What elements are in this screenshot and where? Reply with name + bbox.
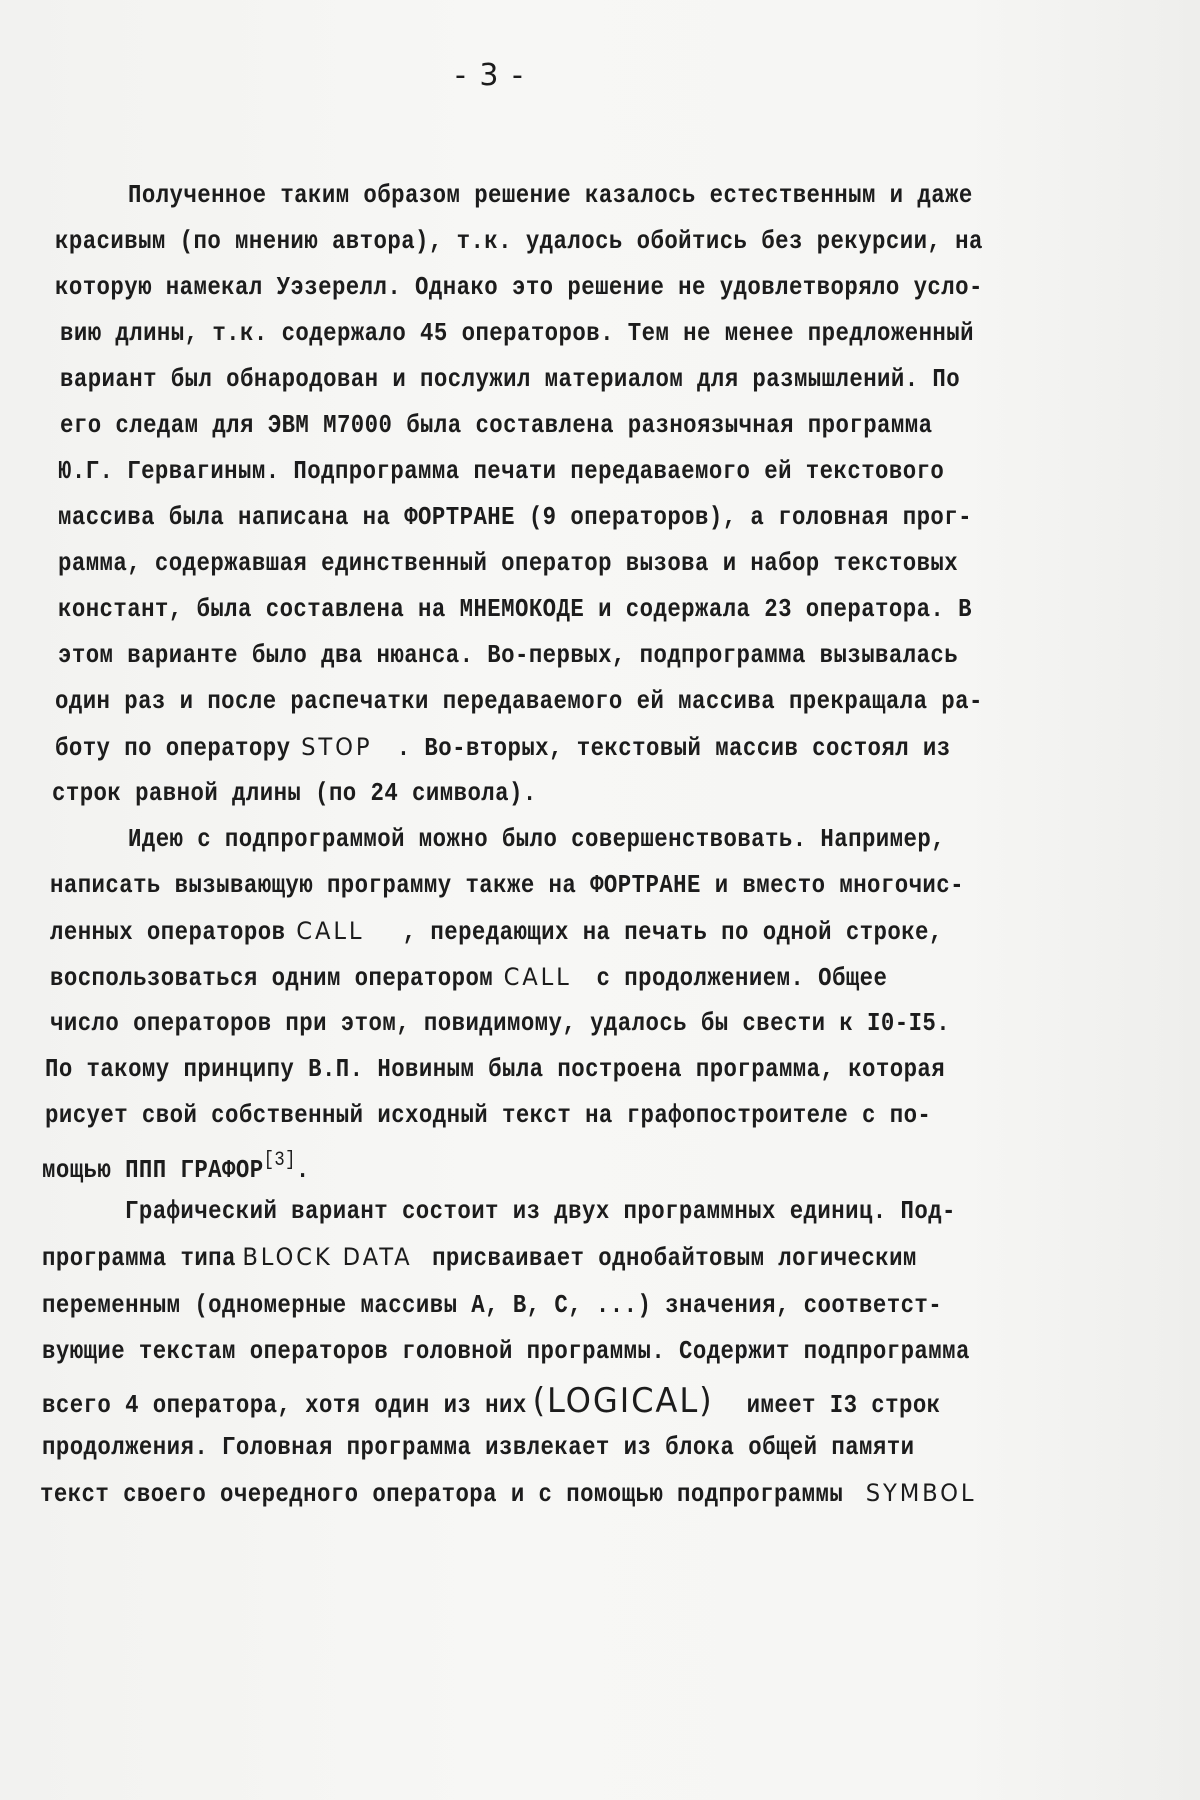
text-line: его следам для ЭВМ М7000 была составлена… xyxy=(60,410,932,440)
text-line: вариант был обнародован и послужил матер… xyxy=(60,364,960,394)
text-line: По такому принципу В.П. Новиным была пос… xyxy=(45,1054,945,1084)
text-line: Ю.Г. Гервагиным. Подпрограмма печати пер… xyxy=(58,456,944,486)
text-line: ленных операторов CALL , передающих на п… xyxy=(50,916,943,947)
text-line: Полученное таким образом решение казалос… xyxy=(128,180,973,210)
text-line: рамма, содержавшая единственный оператор… xyxy=(58,548,958,578)
handwritten-stop: STOP xyxy=(301,732,372,762)
text-line: боту по оператору STOP . Во-вторых, текс… xyxy=(55,732,951,763)
text-line: рисует свой собственный исходный текст н… xyxy=(45,1100,931,1130)
text-line: массива была написана на ФОРТРАНЕ (9 опе… xyxy=(58,502,972,532)
text-line: которую намекал Уэзерелл. Однако это реш… xyxy=(55,272,983,302)
text-line: программа типа BLOCK DATA присваивает од… xyxy=(42,1242,917,1273)
citation-ref: [3] xyxy=(264,1149,296,1172)
text-line: переменным (одномерные массивы А, В, С, … xyxy=(42,1290,942,1320)
text-line: строк равной длины (по 24 символа). xyxy=(52,778,537,808)
handwritten-block-data: BLOCK DATA xyxy=(242,1242,412,1272)
handwritten-call: CALL xyxy=(504,962,572,992)
text-line: продолжения. Головная программа извлекае… xyxy=(42,1432,914,1462)
text-line: вию длины, т.к. содержало 45 операторов.… xyxy=(60,318,974,348)
page-number: - 3 - xyxy=(455,58,525,93)
handwritten-logical: (LOGICAL) xyxy=(532,1386,713,1416)
text-line: один раз и после распечатки передаваемог… xyxy=(55,686,983,716)
handwritten-symbol: SYMBOL xyxy=(866,1478,977,1508)
document-page: - 3 - Полученное таким образом решение к… xyxy=(0,0,1200,1800)
text-line: Идею с подпрограммой можно было совершен… xyxy=(128,824,945,854)
text-line: всего 4 оператора, хотя один из них (LOG… xyxy=(42,1386,941,1420)
text-line: текст своего очередного оператора и с по… xyxy=(40,1478,971,1509)
text-line: написать вызывающую программу также на Ф… xyxy=(50,870,964,900)
text-line: мощью ППП ГРАФОР[3]. xyxy=(42,1146,310,1185)
text-line: красивым (по мнению автора), т.к. удалос… xyxy=(55,226,983,256)
text-line: констант, была составлена на МНЕМОКОДЕ и… xyxy=(58,594,972,624)
text-line: число операторов при этом, повидимому, у… xyxy=(50,1008,950,1038)
text-line: вующие текстам операторов головной прогр… xyxy=(42,1336,970,1366)
text-line: Графический вариант состоит из двух прог… xyxy=(125,1196,956,1226)
text-line: воспользоваться одним оператором CALL с … xyxy=(50,962,887,993)
handwritten-call: CALL xyxy=(296,916,364,946)
text-line: этом варианте было два нюанса. Во-первых… xyxy=(58,640,958,670)
